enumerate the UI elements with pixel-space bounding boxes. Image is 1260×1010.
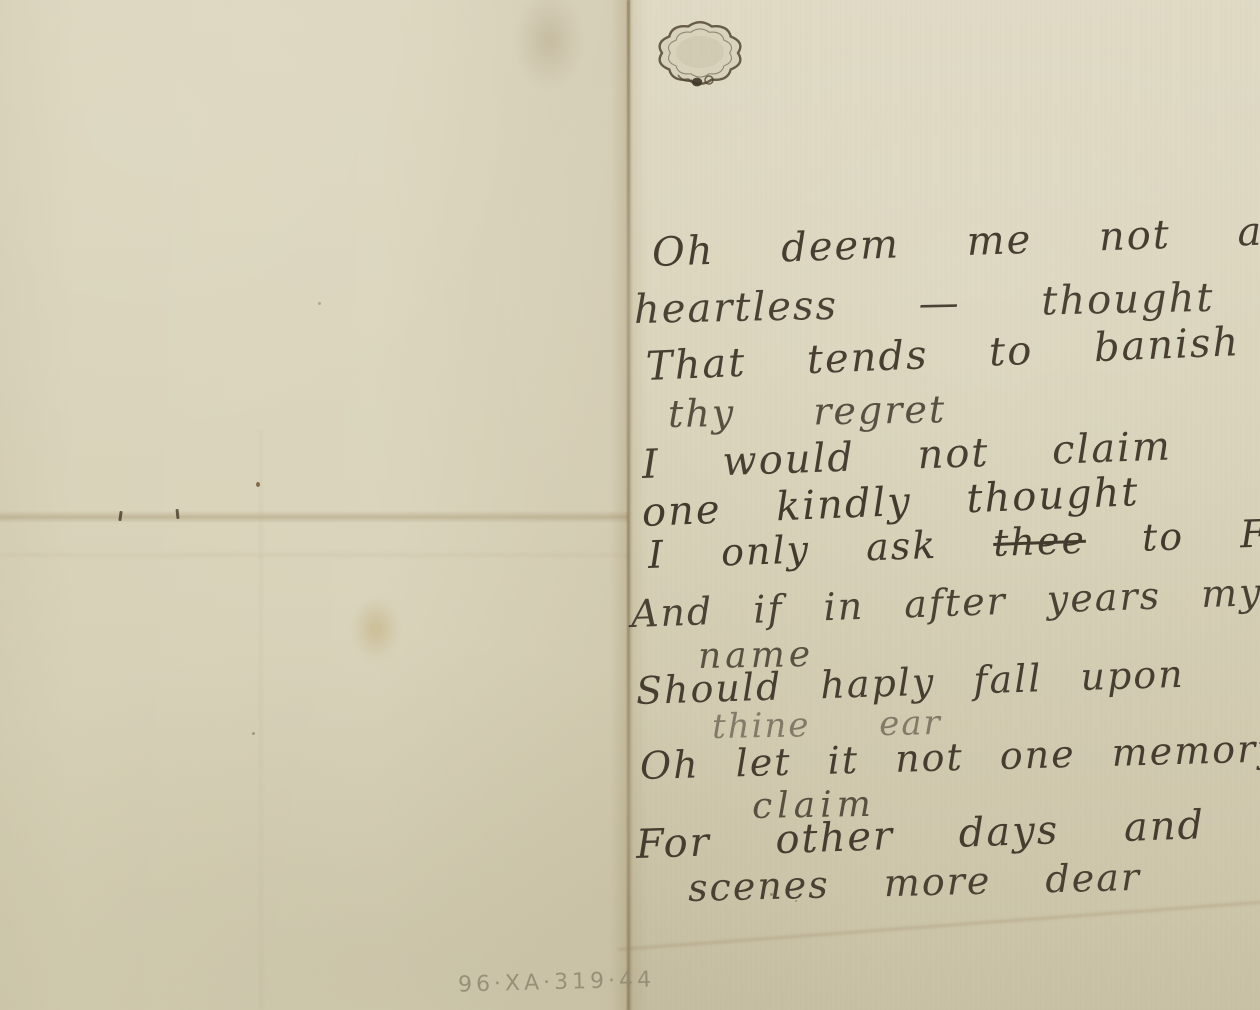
foxing-spot <box>252 732 255 735</box>
embossed-crest-icon <box>650 12 750 92</box>
page-left-blank <box>0 0 628 1010</box>
manuscript-line-4: thy regret <box>668 387 947 436</box>
faint-vertical-crease <box>258 430 264 1010</box>
manuscript-photo: Oh deem me not a heartless — thought Tha… <box>0 0 1260 1010</box>
foxing-spot <box>318 302 321 305</box>
faint-secondary-crease <box>0 551 628 559</box>
horizontal-fold-crease <box>0 511 628 523</box>
accession-number: 96·XA·319·44 <box>458 967 656 997</box>
paper-stain <box>352 598 400 660</box>
fold-top-shading <box>514 0 584 90</box>
line-7-struck-word: thee <box>992 518 1086 565</box>
foxing-spot <box>256 482 260 487</box>
